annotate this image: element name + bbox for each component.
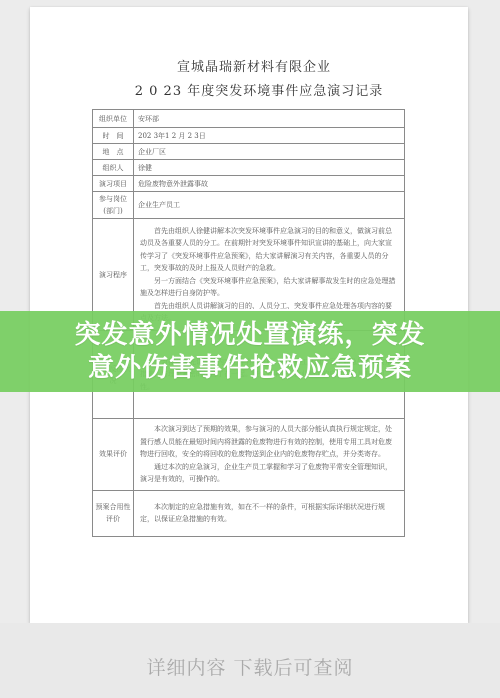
table-row-applicability: 预案合用性评价 本次制定的应急措施有效，如在不一样的条件，可根据实际详细状况进行…	[93, 490, 405, 536]
paragraph: 本次制定的应急措施有效，如在不一样的条件，可根据实际详细状况进行规定，以保证应急…	[140, 501, 398, 526]
company-name: 宣城晶瑞新材料有限企业	[35, 56, 473, 75]
table-row: 参与岗位(部门) 企业生产员工	[93, 192, 405, 219]
row-label: 效果评价	[93, 419, 134, 491]
paragraph: 另一方面结合《突发环境事件应急预案》，给大家讲解事故发生时的应急处理措施及怎样进…	[140, 275, 398, 300]
banner-title-line-1: 突发意外情况处置演练，突发	[74, 319, 425, 352]
row-label: 演习项目	[93, 176, 134, 192]
row-label: 地 点	[93, 144, 134, 160]
row-label: 组织人	[93, 160, 134, 176]
row-label: 时 间	[93, 128, 134, 144]
paragraph: 通过本次的应急演习，企业生产员工掌握和学习了危废物平常安全管理知识，演习是有效的…	[140, 461, 398, 486]
row-value: 企业生产员工	[134, 192, 405, 219]
row-value: 危险废物意外泄露事故	[134, 176, 405, 192]
row-value: 202 3年1 2 月 2 3日	[134, 128, 405, 144]
row-value: 企业厂区	[134, 144, 405, 160]
table-row-evaluation: 效果评价 本次演习到达了预期的效果，参与演习的人员大部分能认真执行规定规定，处置…	[93, 419, 405, 491]
row-label: 参与岗位(部门)	[93, 192, 134, 219]
paragraph: 首先由组织人徐健讲解本次突发环境事件应急演习的目的和意义，做演习前总动员及各重要…	[140, 225, 398, 275]
title-banner: 突发意外情况处置演练，突发 意外伤害事件抢救应急预案	[0, 311, 500, 392]
table-row: 时 间 202 3年1 2 月 2 3日	[93, 128, 405, 144]
row-label: 预案合用性评价	[93, 490, 134, 536]
row-value: 安环部	[134, 110, 405, 128]
download-prompt-text[interactable]: 详细内容 下载后可查阅	[146, 653, 353, 680]
table-row: 演习项目 危险废物意外泄露事故	[93, 176, 405, 192]
table-row: 地 点 企业厂区	[93, 144, 405, 160]
banner-title-line-2: 意外伤害事件抢救应急预案	[88, 352, 412, 385]
row-label: 组织单位	[93, 110, 134, 128]
download-prompt-bar[interactable]: 详细内容 下载后可查阅	[0, 623, 500, 698]
table-row: 组织人 徐健	[93, 160, 405, 176]
table-row: 组织单位 安环部	[93, 110, 405, 128]
paragraph: 本次演习到达了预期的效果，参与演习的人员大部分能认真执行规定规定，处置行感人员能…	[140, 423, 398, 461]
evaluation-text: 本次演习到达了预期的效果，参与演习的人员大部分能认真执行规定规定，处置行感人员能…	[134, 419, 405, 491]
applicability-text: 本次制定的应急措施有效，如在不一样的条件，可根据实际详细状况进行规定，以保证应急…	[134, 490, 405, 536]
row-value: 徐健	[134, 160, 405, 176]
record-title: 2 0 23 年度突发环境事件应急演习记录	[40, 80, 478, 99]
